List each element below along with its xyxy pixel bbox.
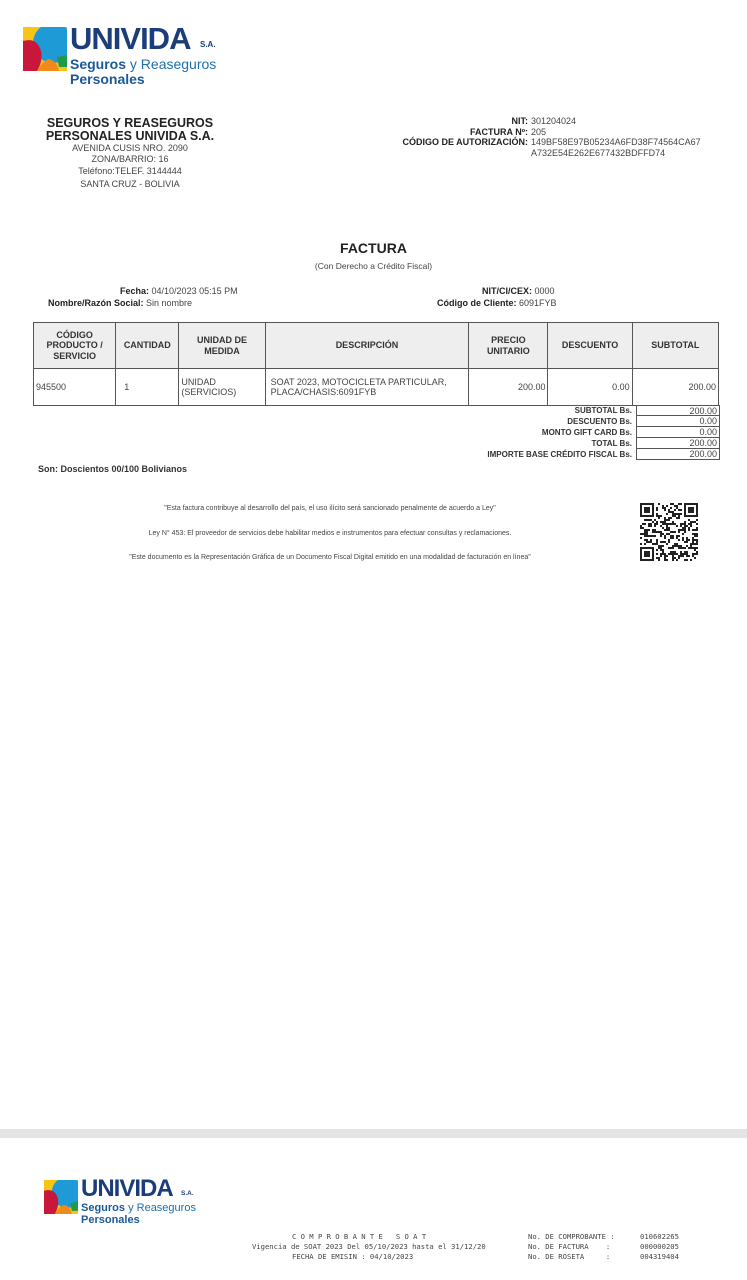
logo-mark-icon	[23, 27, 67, 71]
no-comprobante-value: 010602265	[640, 1232, 679, 1242]
no-comprobante-label: No. DE COMPROBANTE :	[528, 1232, 615, 1242]
header-cantidad: CANTIDAD	[116, 323, 179, 369]
total-row-importe-base: IMPORTE BASE CRÉDITO FISCAL Bs.200.00	[440, 449, 720, 460]
qr-code-icon	[640, 503, 698, 561]
logo-tagline: Seguros y Reaseguros	[70, 56, 216, 72]
nit-label: NIT:	[380, 116, 531, 127]
header-precio: PRECIO UNITARIO	[469, 323, 548, 369]
comprobante-fecha-emision: FECHA DE EMISIN : 04/10/2023	[292, 1252, 413, 1262]
factura-label: FACTURA Nº:	[380, 127, 531, 138]
nit-cliente-label: NIT/CI/CEX:	[482, 286, 532, 296]
fecha-label: Fecha:	[120, 286, 149, 296]
table-row: 945500 1 UNIDAD (SERVICIOS) SOAT 2023, M…	[34, 369, 719, 406]
total-row-descuento: DESCUENTO Bs.0.00	[440, 416, 720, 427]
company-zone: ZONA/BARRIO: 16	[30, 154, 230, 165]
cell-cantidad: 1	[116, 369, 179, 406]
header-descuento: DESCUENTO	[548, 323, 632, 369]
no-roseta-value: 004319404	[640, 1252, 679, 1262]
header-descripcion: DESCRIPCIÓN	[265, 323, 469, 369]
cell-unidad: UNIDAD (SERVICIOS)	[179, 369, 265, 406]
table-header-row: CÓDIGO PRODUCTO / SERVICIO CANTIDAD UNID…	[34, 323, 719, 369]
company-city: SANTA CRUZ - BOLIVIA	[30, 179, 230, 190]
nombre-label: Nombre/Razón Social:	[48, 298, 144, 308]
company-block: SEGUROS Y REASEGUROS PERSONALES UNIVIDA …	[30, 117, 230, 190]
nombre-value: Sin nombre	[146, 298, 192, 308]
company-name-2: PERSONALES UNIVIDA S.A.	[30, 130, 230, 143]
cell-codigo: 945500	[34, 369, 116, 406]
legal-note-3: "Este documento es la Representación Grá…	[60, 554, 600, 561]
auth-value-2: A732E54E262E677432BDFFD74	[531, 148, 720, 159]
logo-tagline-rest: y Reaseguros	[126, 56, 216, 72]
auth-value-1: 149BF58E97B05234A6FD38F74564CA67	[531, 137, 720, 148]
company-address: AVENIDA CUSIS NRO. 2090	[30, 143, 230, 154]
document-title: FACTURA	[0, 240, 747, 256]
header-codigo: CÓDIGO PRODUCTO / SERVICIO	[34, 323, 116, 369]
cell-subtotal: 200.00	[632, 369, 718, 406]
logo-mark-icon	[44, 1180, 78, 1214]
univida-logo: UNIVIDA S.A. Seguros y Reaseguros Person…	[23, 27, 223, 92]
comprobante-vigencia: Vigencia de SOAT 2023 Del 05/10/2023 has…	[252, 1242, 486, 1252]
logo-suffix: S.A.	[200, 40, 216, 49]
totals-block: SUBTOTAL Bs.200.00 DESCUENTO Bs.0.00 MON…	[440, 405, 720, 460]
nit-cliente-value: 0000	[535, 286, 555, 296]
logo-tagline-line2: Personales	[70, 71, 145, 87]
comprobante-title: C O M P R O B A N T E S O A T	[292, 1232, 426, 1242]
total-row-total: TOTAL Bs.200.00	[440, 438, 720, 449]
logo-tagline-line2: Personales	[81, 1214, 140, 1226]
logo-brand: UNIVIDA	[81, 1175, 173, 1203]
logo-tagline-bold: Seguros	[70, 56, 126, 72]
no-factura-label: No. DE FACTURA :	[528, 1242, 610, 1252]
header-unidad: UNIDAD DE MEDIDA	[179, 323, 265, 369]
cell-descripcion: SOAT 2023, MOTOCICLETA PARTICULAR, PLACA…	[265, 369, 469, 406]
factura-value: 205	[531, 127, 720, 138]
no-factura-value: 000000205	[640, 1242, 679, 1252]
total-row-subtotal: SUBTOTAL Bs.200.00	[440, 405, 720, 416]
legal-note-2: Ley N° 453: El proveedor de servicios de…	[60, 530, 600, 537]
auth-label: CÓDIGO DE AUTORIZACIÓN:	[380, 137, 531, 148]
cell-descuento: 0.00	[548, 369, 632, 406]
univida-logo-footer: UNIVIDA S.A. Seguros y Reaseguros Person…	[44, 1180, 204, 1230]
meta-right: NIT/CI/CEX: 0000 Código de Cliente: 6091…	[430, 285, 630, 309]
no-roseta-label: No. DE ROSETA :	[528, 1252, 610, 1262]
logo-suffix: S.A.	[181, 1190, 194, 1197]
document-subtitle: (Con Derecho a Crédito Fiscal)	[0, 261, 747, 271]
nit-value: 301204024	[531, 116, 720, 127]
cell-precio: 200.00	[469, 369, 548, 406]
logo-tagline: Seguros y Reaseguros	[81, 1202, 196, 1214]
legal-note-1: "Esta factura contribuye al desarrollo d…	[60, 505, 600, 512]
fecha-value: 04/10/2023 05:15 PM	[152, 286, 238, 296]
codigo-cliente-value: 6091FYB	[519, 298, 557, 308]
meta-left: Fecha: 04/10/2023 05:15 PM Nombre/Razón …	[40, 285, 250, 309]
amount-in-words: Son: Doscientos 00/100 Bolivianos	[38, 464, 187, 474]
items-table: CÓDIGO PRODUCTO / SERVICIO CANTIDAD UNID…	[33, 322, 719, 406]
invoice-info: NIT:301204024 FACTURA Nº:205 CÓDIGO DE A…	[380, 116, 720, 158]
logo-brand: UNIVIDA	[70, 21, 190, 57]
header-subtotal: SUBTOTAL	[632, 323, 718, 369]
page-divider	[0, 1129, 747, 1138]
total-row-giftcard: MONTO GIFT CARD Bs.0.00	[440, 427, 720, 438]
codigo-cliente-label: Código de Cliente:	[437, 298, 517, 308]
company-phone: Teléfono:TELEF. 3144444	[30, 166, 230, 177]
